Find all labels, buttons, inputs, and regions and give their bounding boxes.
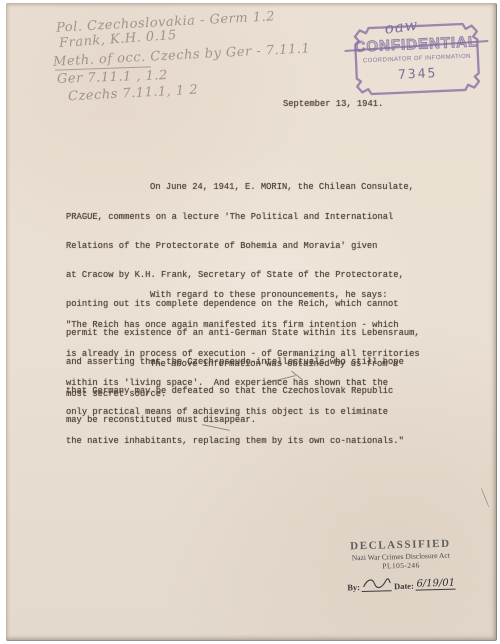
declass-date-value: 6/19/01 xyxy=(416,578,456,591)
confidential-stamp: oaw CONFIDENTIAL COORDINATOR OF INFORMAT… xyxy=(350,19,483,99)
typed-line: most secret source. xyxy=(66,390,398,400)
document-scan: Pol. Czechoslovakia - Germ 1.2 Frank, K.… xyxy=(6,3,497,641)
declass-by-label: By: xyxy=(347,582,360,592)
typed-line: "The Reich has once again manifested its… xyxy=(66,321,420,331)
declass-date-label: Date: xyxy=(394,581,414,592)
body-paragraph-3: The above information was obtained by us… xyxy=(66,341,398,419)
declass-signature xyxy=(362,576,392,592)
declassification-stamp: DECLASSIFIED Nazi War Crimes Disclosure … xyxy=(315,537,486,593)
scratch-mark xyxy=(480,487,489,508)
typed-line: With regard to these pronouncements, he … xyxy=(66,291,420,301)
document-date: September 13, 1941. xyxy=(283,100,383,110)
typed-line: On June 24, 1941, E. MORIN, the Chilean … xyxy=(66,183,420,193)
typed-line: The above information was obtained by us… xyxy=(66,360,398,370)
typed-line: Relations of the Protectorate of Bohemia… xyxy=(66,242,420,252)
typed-line: the native inhabitants, replacing them b… xyxy=(66,437,420,447)
typed-line: PRAGUE, comments on a lecture 'The Polit… xyxy=(66,213,420,223)
